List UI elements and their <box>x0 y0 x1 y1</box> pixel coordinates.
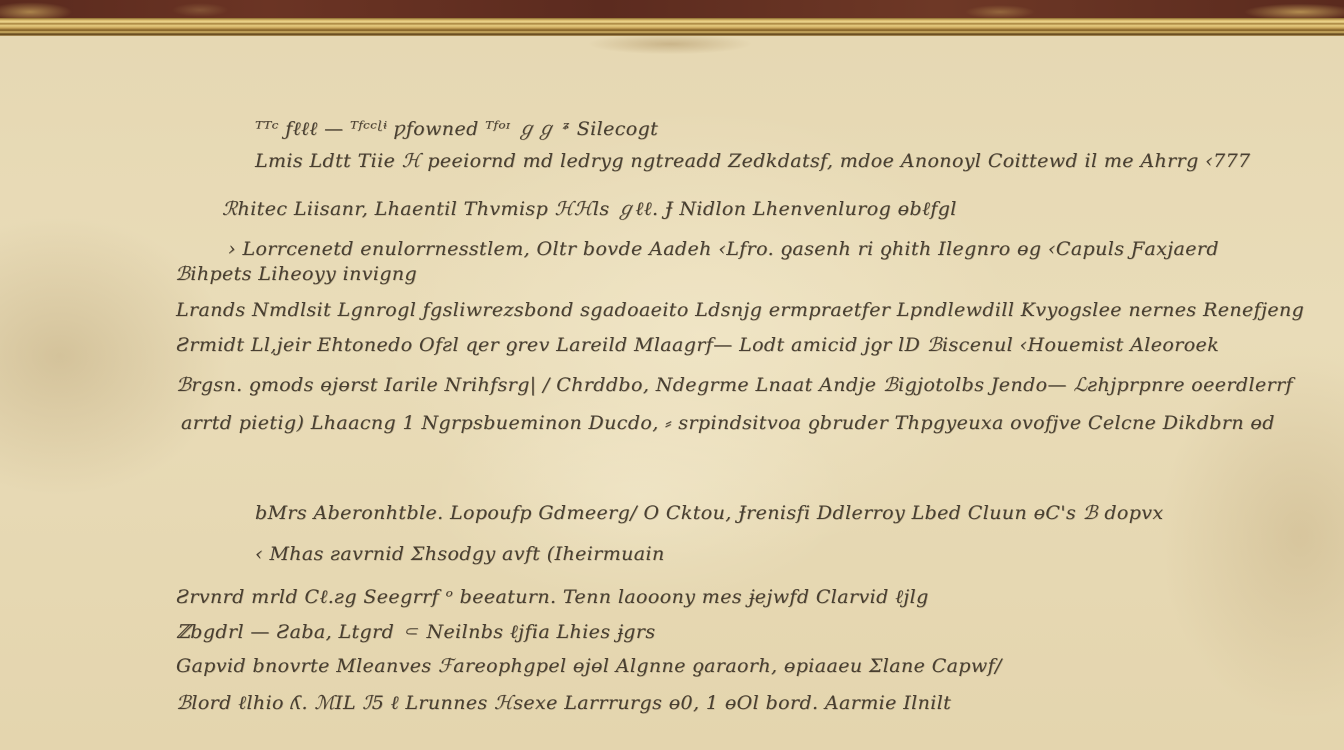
manuscript-line-9: arrtd pietig) Lhaacng 1 Ngrpsbueminon Du… <box>181 412 1275 435</box>
manuscript-line-7: Ƨrmidt Ll,jeir Ehtonedo Ofƨl ɋer ƍrev La… <box>176 334 1219 356</box>
manuscript-line-15: ℬlord ℓlhio ʎ. ℳIL ℐ5 ℓ Lrunnes ℋsexe La… <box>176 692 951 715</box>
manuscript-line-11: ‹ Mhas ƨavrnid Ʃhsodgy avft (Iheirmuain <box>255 543 665 565</box>
manuscript-line-4: › Lorrcenetd enulorrnesstlem, Oltr bovde… <box>228 238 1219 260</box>
manuscript-line-5: ℬihpets Liheoyy invigng <box>175 263 417 285</box>
manuscript-line-14: Gapvid bnovrte Mleanves ℱareophgpel ɵjɵl… <box>176 655 1002 677</box>
parchment-stain <box>560 36 780 64</box>
ornate-wood-frame-top <box>0 0 1344 20</box>
manuscript-line-3: ℛhitec Liisanr, Lhaentil Thvmisp ℋℋls ℊℓ… <box>222 194 957 221</box>
manuscript-line-12: Ƨrvnrd mrld Cℓ.ƨg Seegrrf ᵒ beeaturn. Te… <box>176 586 929 609</box>
manuscript-line-1: ᵀᵀᶜ ƒℓℓℓ — ᵀᶠᶜᶜᶩᶤ ƿƒowned ᵀᶠᵒᶦ ℊℊ ᶽ Sile… <box>255 114 658 141</box>
manuscript-line-10: bMrs Aberonhtble. Lopoufp Gdmeerg/ O Ckt… <box>255 502 1164 524</box>
manuscript-line-8: ℬrgsn. ƍmods ɵjɵrst Iarile Nrihfsrg| / C… <box>176 374 1293 396</box>
manuscript-line-13: ℤbgdrl — Ƨaba, Ltgrd ⸦ Neilnbs ℓjfia Lhi… <box>176 618 656 644</box>
gilded-frame-molding <box>0 18 1344 36</box>
manuscript-line-2: Lmis Ldtt Tiie ℋ peeiornd md ledryg ngtr… <box>255 150 1251 172</box>
manuscript-line-6: Lrands Nmdlsit Lgnrogl ƒgsliwrezsbond sg… <box>176 299 1304 321</box>
